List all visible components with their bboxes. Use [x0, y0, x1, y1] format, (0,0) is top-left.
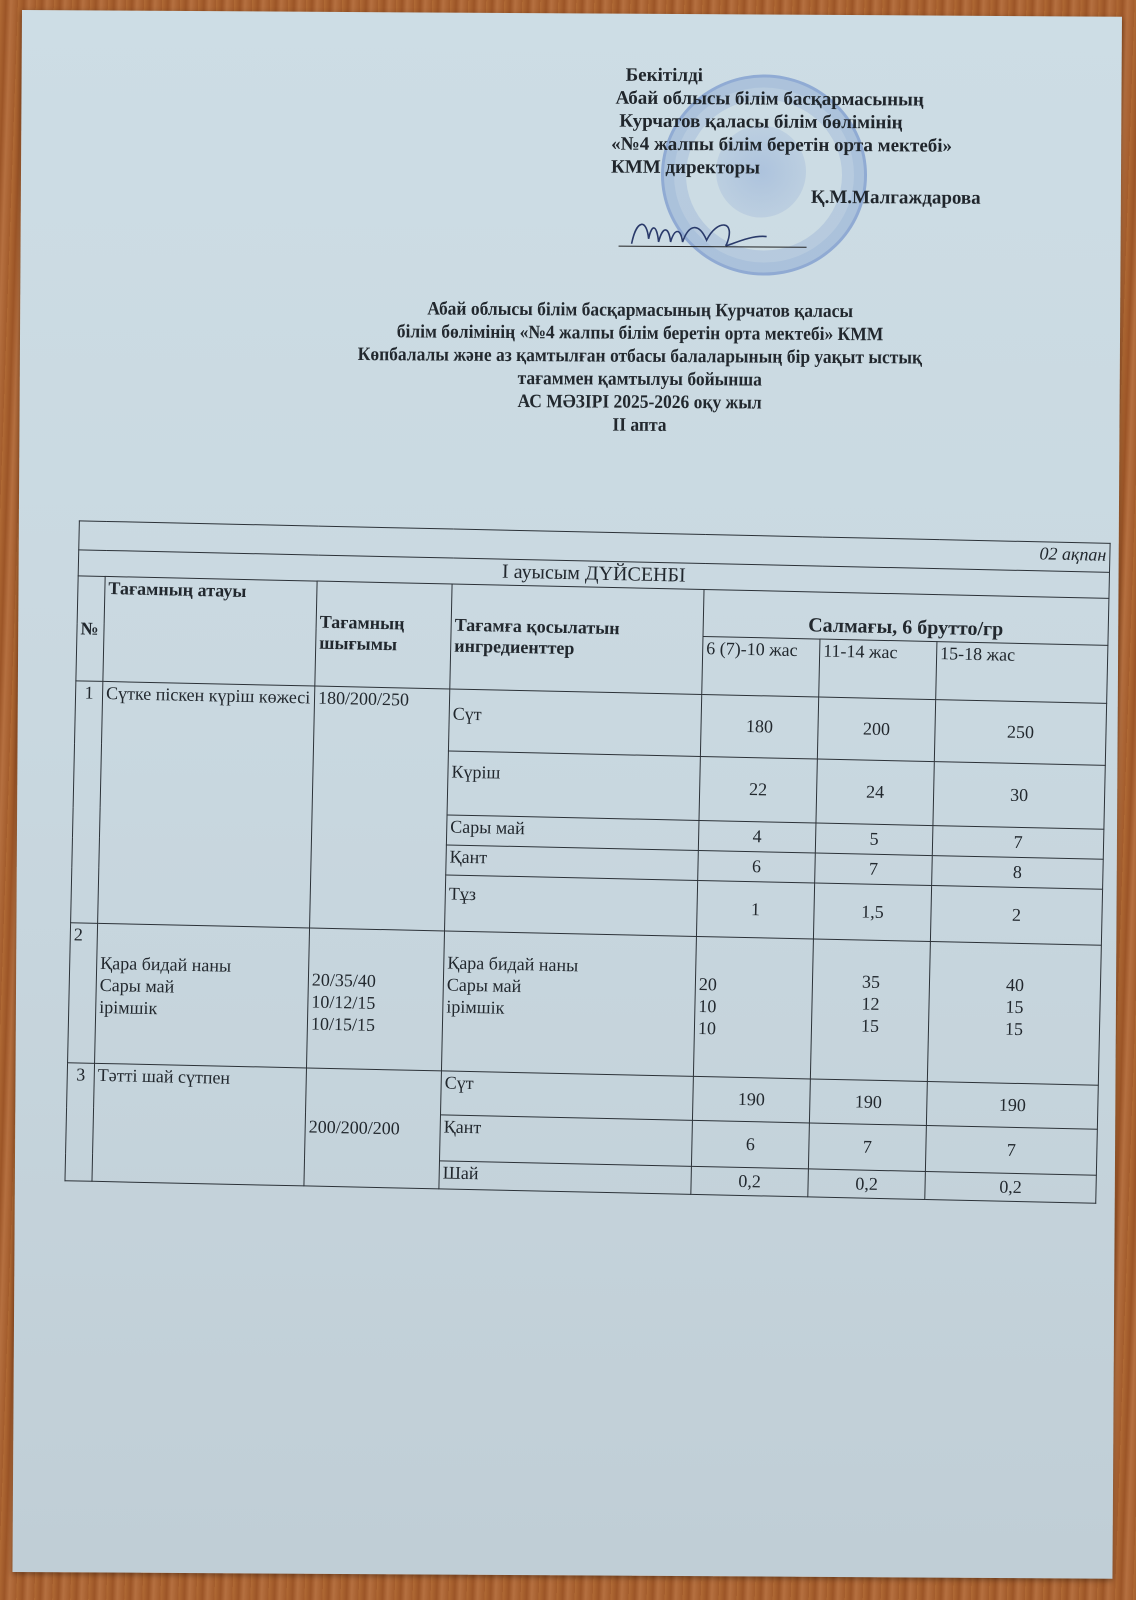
- dish-yield: 180/200/250: [310, 686, 450, 931]
- header-age-1: 6 (7)-10 жас: [702, 636, 820, 697]
- signatory-name: Қ.М.Малгаждарова: [611, 185, 1091, 211]
- weight-age-2: 200: [817, 697, 935, 762]
- dish-number: 3: [65, 1063, 95, 1182]
- document-title: Абай облысы білім басқармасының Курчатов…: [207, 296, 1073, 439]
- dish-yield: 200/200/200: [304, 1068, 442, 1189]
- header-name: Тағамның атауы: [103, 576, 317, 686]
- weight-age-1: 180: [700, 694, 818, 759]
- header-age-2: 11-14 жас: [819, 639, 937, 700]
- header-no: №: [76, 576, 105, 682]
- weight-age-1: 22: [699, 756, 817, 823]
- header-age-3: 15-18 жас: [936, 642, 1108, 704]
- weight-age-3: 40 15 15: [927, 942, 1101, 1086]
- signature-icon: [627, 214, 777, 255]
- weight-age-2: 7: [815, 853, 933, 886]
- approval-block: Бекітілді Абай облысы білім басқармасыны…: [611, 64, 1092, 211]
- dish-number: 2: [68, 923, 98, 1064]
- weight-age-1: 20 10 10: [693, 936, 813, 1079]
- ingredient-name: Сүт: [448, 689, 701, 756]
- ingredient-name: Қара бидай наны Сары май ірімшік: [441, 931, 696, 1076]
- weight-age-3: 250: [934, 700, 1106, 766]
- document-page: Бекітілді Абай облысы білім басқармасыны…: [12, 10, 1122, 1579]
- dish-name: Сүтке піскен күріш көжесі: [98, 681, 315, 928]
- weight-age-1: 6: [698, 850, 816, 883]
- weight-age-2: 7: [808, 1123, 926, 1172]
- weight-age-3: 7: [925, 1125, 1097, 1175]
- weight-age-1: 1: [696, 880, 814, 939]
- approval-line: Абай облысы білім басқармасының: [611, 87, 1091, 113]
- weight-age-2: 1,5: [813, 883, 931, 942]
- approval-line: Курчатов қаласы білім бөлімінің: [611, 110, 1091, 136]
- header-ingredients: Тағамға қосылатын ингредиенттер: [450, 584, 704, 694]
- weight-age-3: 8: [932, 856, 1104, 890]
- ingredient-name: Шай: [439, 1161, 692, 1194]
- ingredient-name: Сүт: [440, 1071, 693, 1120]
- dish-yield: 20/35/40 10/12/15 10/15/15: [306, 928, 444, 1071]
- ingredient-name: Күріш: [447, 751, 700, 820]
- weight-age-3: 2: [930, 886, 1102, 946]
- header-yield: Тағамның шығымы: [315, 581, 452, 689]
- weight-age-1: 4: [698, 820, 816, 853]
- ingredient-name: Тұз: [445, 875, 698, 936]
- approval-line: Бекітілді: [612, 64, 1092, 90]
- weight-age-2: 5: [815, 823, 933, 856]
- dish-name: Тәтті шай сүтпен: [92, 1063, 307, 1186]
- table-row: 2 Қара бидай наны Сары май ірімшік 20/35…: [68, 923, 1102, 1085]
- weight-age-2: 24: [816, 759, 934, 826]
- title-line: II апта: [207, 411, 1072, 439]
- weight-age-2: 35 12 15: [810, 939, 930, 1082]
- approval-line: «№4 жалпы білім беретін орта мектебі»: [611, 133, 1091, 159]
- weight-age-3: 0,2: [925, 1171, 1097, 1203]
- weight-age-3: 7: [932, 826, 1104, 860]
- weight-age-1: 190: [692, 1076, 810, 1123]
- weight-age-1: 6: [691, 1120, 809, 1169]
- approval-line: КММ директоры: [611, 156, 1091, 182]
- weight-age-2: 190: [809, 1079, 927, 1126]
- weight-age-1: 0,2: [691, 1166, 809, 1197]
- weight-age-3: 30: [933, 762, 1105, 830]
- weight-age-3: 190: [926, 1081, 1098, 1129]
- ingredient-name: Қант: [439, 1115, 692, 1166]
- menu-table: 02 ақпан I ауысым ДҮЙСЕНБІ № Тағамның ат…: [64, 520, 1110, 1203]
- weight-age-2: 0,2: [808, 1169, 926, 1200]
- dish-name: Қара бидай наны Сары май ірімшік: [95, 923, 310, 1068]
